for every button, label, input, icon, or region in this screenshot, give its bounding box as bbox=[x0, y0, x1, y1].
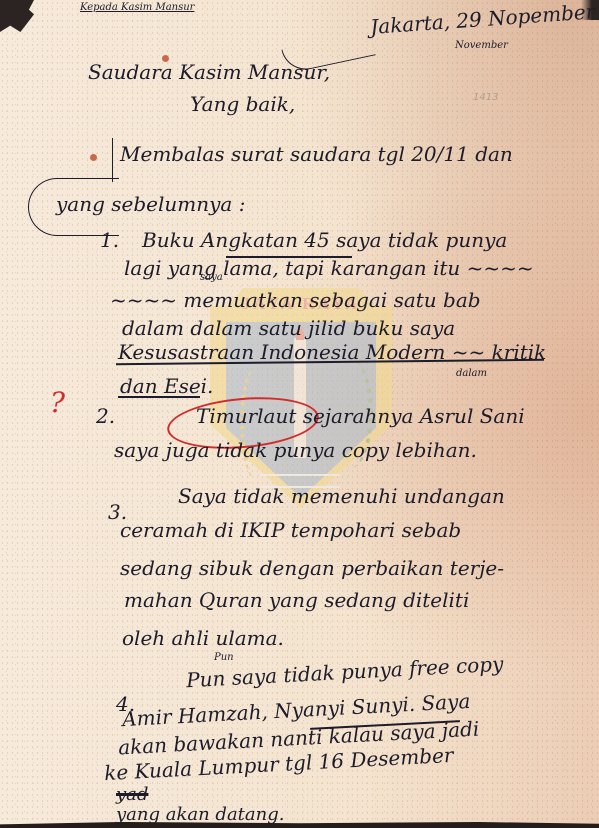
insertion-dalam: dalam bbox=[456, 368, 487, 379]
red-dot-mark bbox=[90, 154, 97, 161]
item-1-line-6: dan Esei. bbox=[120, 374, 213, 398]
item-1-line-4: dalam dalam satu jilid buku saya bbox=[122, 316, 455, 340]
margin-question-mark: ? bbox=[50, 386, 65, 419]
item-3-line-1: Saya tidak memenuhi undangan bbox=[178, 484, 505, 508]
item-3-line-3: sedang sibuk dengan perbaikan terje- bbox=[120, 556, 504, 580]
intro-line-2: yang sebelumnya : bbox=[56, 192, 245, 216]
red-dot-mark bbox=[162, 55, 169, 62]
intro-line-1: Membalas surat saudara tgl 20/11 dan bbox=[120, 142, 513, 166]
header-note: Kepada Kasim Mansur bbox=[80, 2, 194, 13]
item-2-line-2: saya juga tidak punya copy lebihan. bbox=[114, 438, 477, 462]
watermark-emblem: JAYA RAYA bbox=[210, 278, 392, 510]
item-1-number: 1. bbox=[100, 228, 119, 252]
struck-abbreviation: yad bbox=[116, 784, 148, 805]
item-2-number: 2. bbox=[96, 404, 115, 428]
item-1-line-3: ~~~~ memuatkan sebagai satu bab bbox=[110, 288, 481, 312]
stamp-mark: 1413 bbox=[473, 92, 498, 103]
item-3-line-5: oleh ahli ulama. bbox=[122, 626, 284, 650]
salutation-line-2: Yang baik, bbox=[190, 92, 295, 116]
margin-bracket bbox=[112, 138, 113, 182]
item-2-line-1: Timurlaut sejarahnya Asrul Sani bbox=[196, 404, 525, 428]
item-3-line-2: ceramah di IKIP tempohari sebab bbox=[120, 518, 461, 542]
salutation-line-1: Saudara Kasim Mansur, bbox=[88, 60, 330, 84]
insertion-pun: Pun bbox=[214, 652, 234, 663]
item-3-line-4: mahan Quran yang sedang diteliti bbox=[124, 588, 469, 612]
underline-esei bbox=[118, 396, 200, 398]
item-1-line-1: Buku Angkatan 45 saya tidak punya bbox=[142, 228, 507, 252]
item-1-line-2: lagi yang lama, tapi karangan itu ~~~~ bbox=[124, 256, 534, 280]
closing-line: yang akan datang. bbox=[116, 804, 284, 825]
date-correction: November bbox=[455, 40, 508, 51]
